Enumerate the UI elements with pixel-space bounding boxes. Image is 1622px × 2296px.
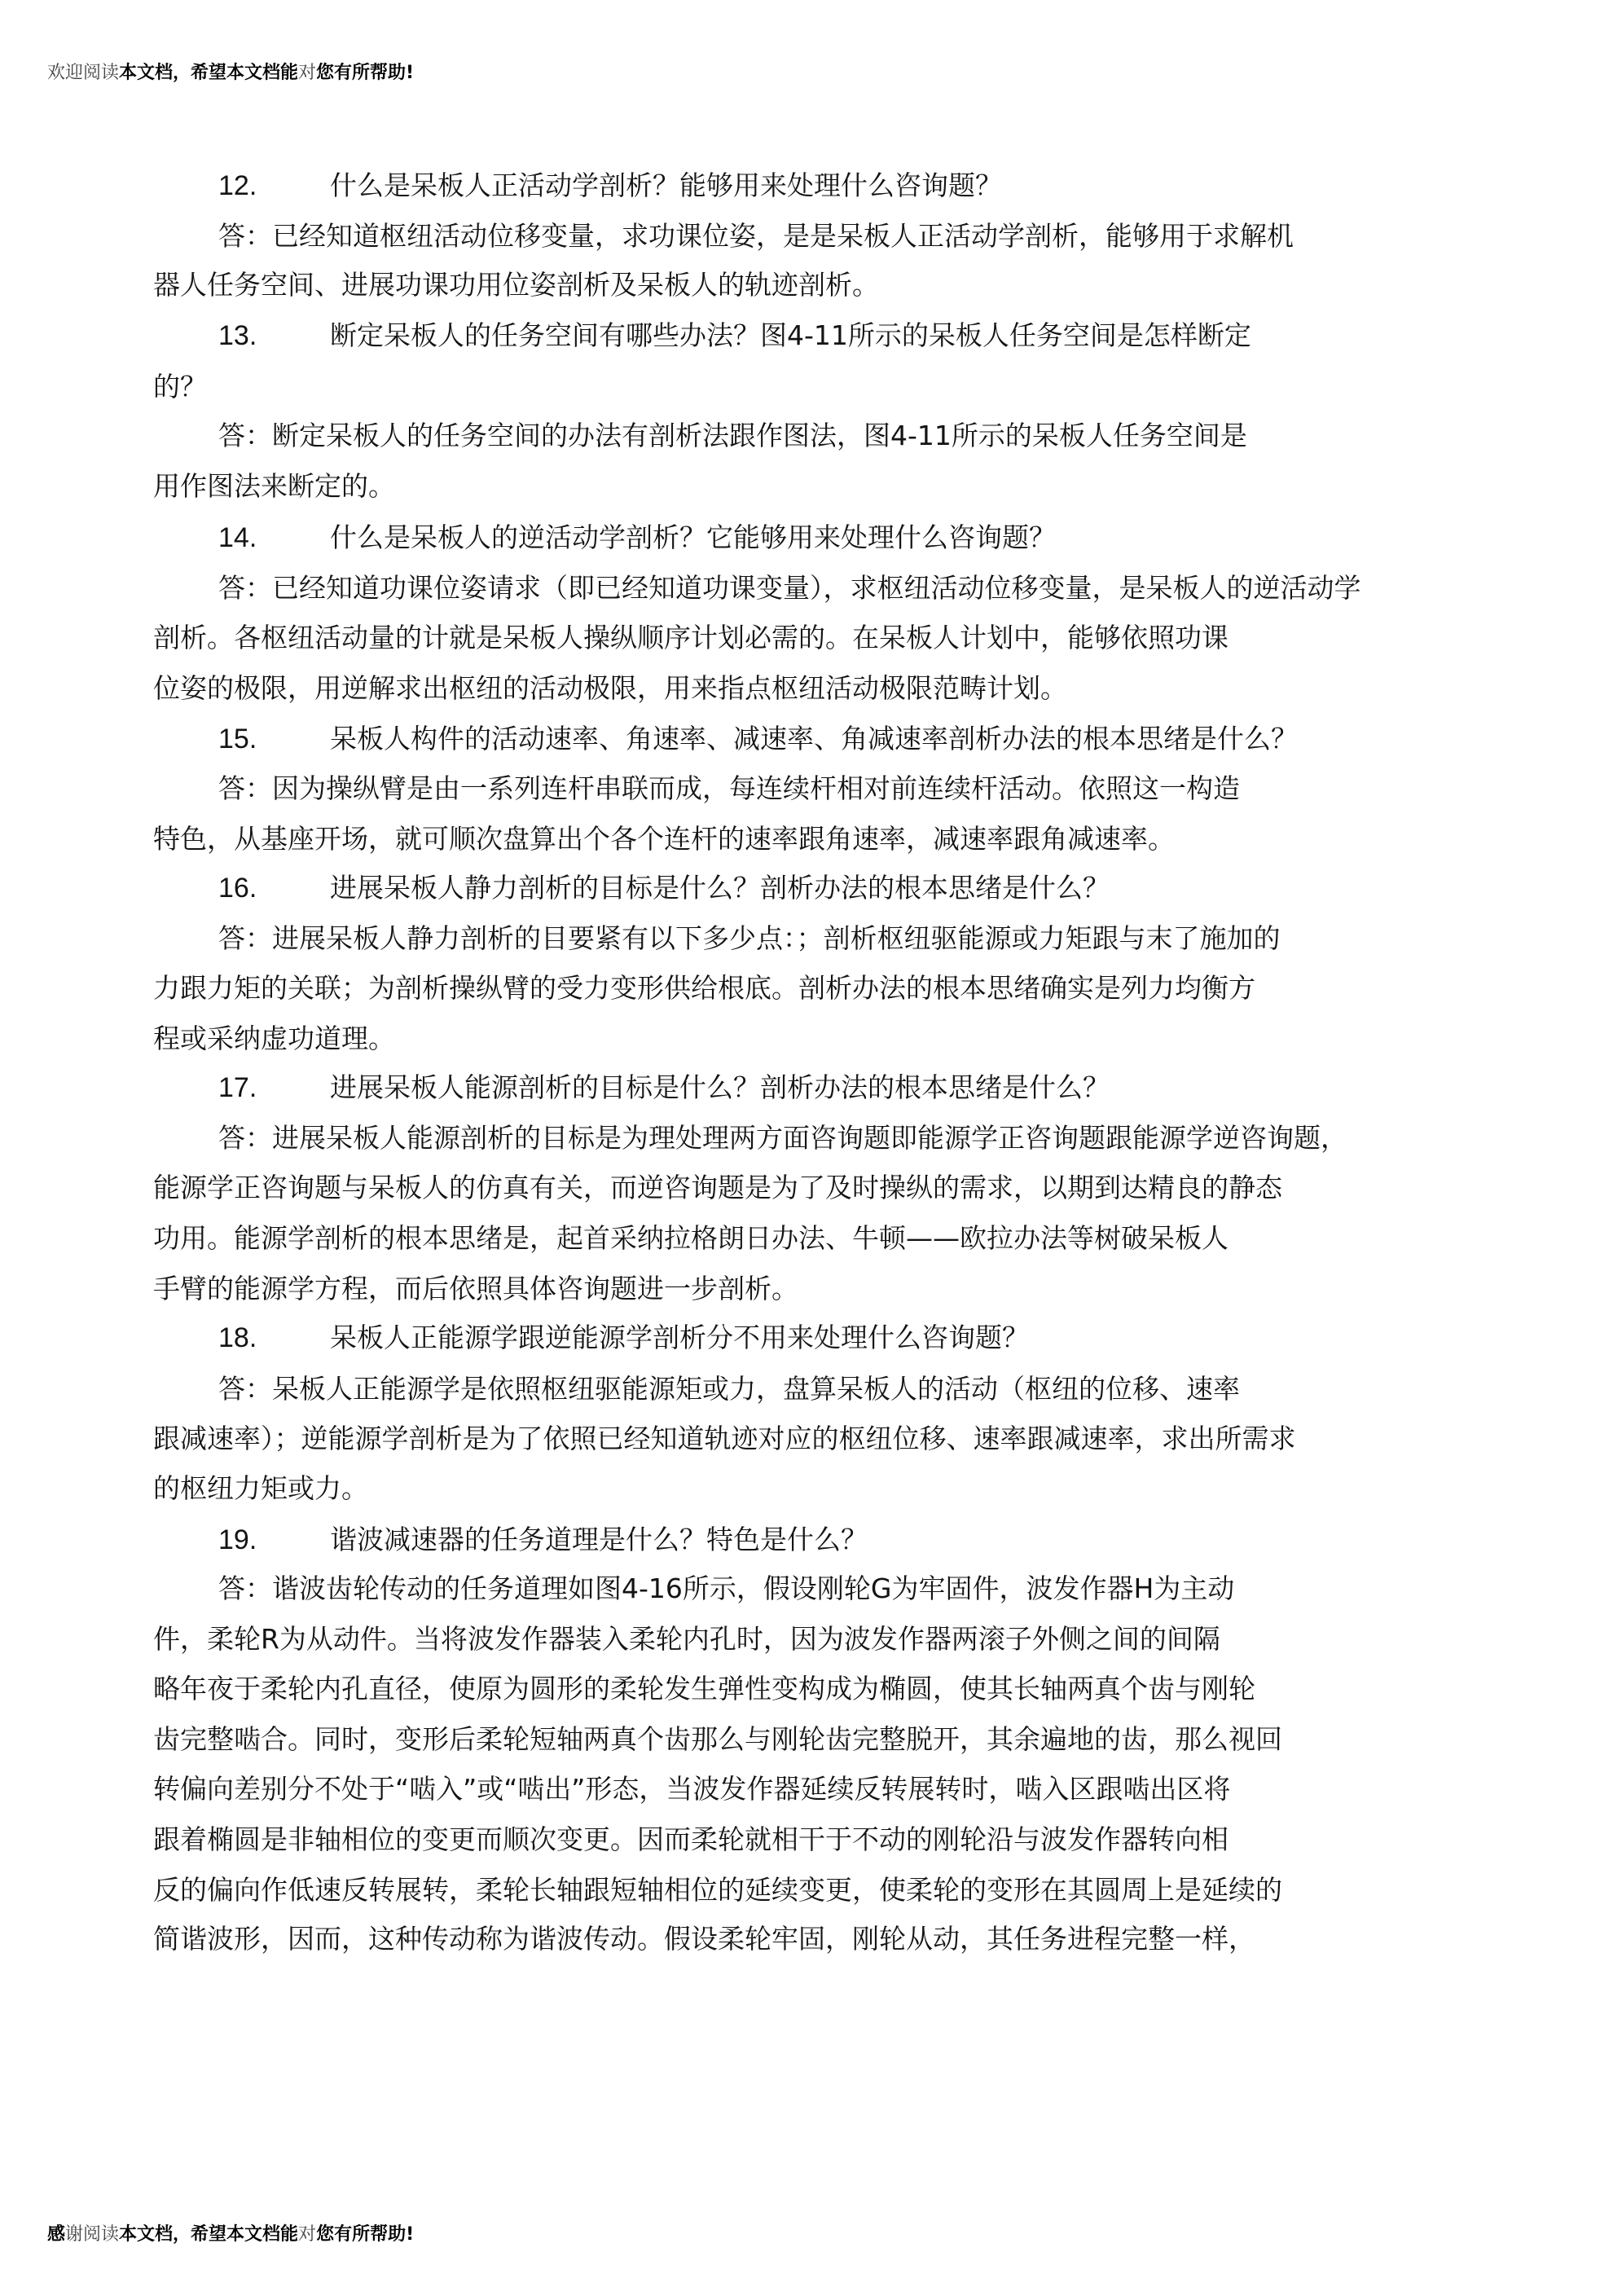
question-text: 谐波减速器的任务道理是什么？特色是什么？	[330, 1524, 868, 1556]
footer-text-bold: 本文档，希望本文档能	[119, 2224, 298, 2245]
answer-line: 答：已经知道功课位姿请求（即已经知道功课变量），求枢纽活动位移变量，是呆板人的逆…	[218, 572, 1361, 605]
question-number: 15.	[218, 724, 257, 754]
answer-line: 功用。能源学剖析的根本思绪是，起首采纳拉格朗日办法、牛顿——欧拉办法等树破呆板人	[153, 1222, 1229, 1255]
page-footer: 感谢阅读本文档，希望本文档能对您有所帮助!	[47, 2220, 414, 2245]
footer-text-light: 对	[298, 2224, 316, 2245]
answer-line: 手臂的能源学方程，而后依照具体咨询题进一步剖析。	[153, 1273, 798, 1305]
header-text-light: 对	[298, 63, 316, 83]
answer-line: 转偏向差别分不处于“啮入”或“啮出”形态，当波发作器延续反转展转时，啮入区跟啮出…	[153, 1773, 1230, 1806]
footer-text-bold: 您有所帮助!	[316, 2224, 414, 2245]
question-17: 17.	[218, 1071, 257, 1104]
question-number: 16.	[218, 873, 257, 904]
answer-line: 位姿的极限，用逆解求出枢纽的活动极限，用来指点枢纽活动极限范畴计划。	[153, 672, 1067, 705]
answer-line: 跟减速率）；逆能源学剖析是为了依照已经知道轨迹对应的枢纽位移、速率跟减速率，求出…	[153, 1423, 1296, 1455]
answer-line: 略年夜于柔轮内孔直径，使原为圆形的柔轮发生弹性变构成为椭圆，使其长轴两真个齿与刚…	[153, 1673, 1255, 1705]
header-text-light: 欢迎阅读	[47, 63, 119, 83]
question-16: 16.	[218, 872, 257, 904]
answer-line: 用作图法来断定的。	[153, 470, 395, 503]
question-number: 19.	[218, 1524, 257, 1555]
question-number: 17.	[218, 1072, 257, 1103]
answer-line: 答：呆板人正能源学是依照枢纽驱能源矩或力，盘算呆板人的活动（枢纽的位移、速率	[218, 1373, 1240, 1405]
answer-line: 齿完整啮合。同时，变形后柔轮短轴两真个齿那么与刚轮齿完整脱开，其余遍地的齿，那么…	[153, 1723, 1282, 1756]
answer-line: 答：因为操纵臂是由一系列连杆串联而成，每连续杆相对前连续杆活动。依照这一构造	[218, 772, 1240, 805]
question-text: 进展呆板人静力剖析的目标是什么？剖析办法的根本思绪是什么？	[330, 872, 1110, 904]
answer-line: 程或采纳虚功道理。	[153, 1023, 395, 1055]
answer-line: 力跟力矩的关联；为剖析操纵臂的受力变形供给根底。剖析办法的根本思绪确实是列力均衡…	[153, 972, 1255, 1005]
answer-line: 简谐波形，因而，这种传动称为谐波传动。假设柔轮牢固，刚轮从动，其任务进程完整一样…	[153, 1923, 1255, 1955]
question-13: 13.	[218, 319, 257, 352]
answer-line: 件，柔轮R为从动件。当将波发作器装入柔轮内孔时，因为波发作器两滚子外侧之间的间隔	[153, 1623, 1220, 1656]
answer-line: 答：谐波齿轮传动的任务道理如图4-16所示，假设刚轮G为牢固件，波发作器H为主动	[218, 1572, 1234, 1605]
question-text: 进展呆板人能源剖析的目标是什么？剖析办法的根本思绪是什么？	[330, 1071, 1110, 1104]
answer-line: 特色，从基座开场，就可顺次盘算出个各个连杆的速率跟角速率，减速率跟角减速率。	[153, 823, 1175, 856]
answer-line: 跟着椭圆是非轴相位的变更而顺次变更。因而柔轮就相干于不动的刚轮沿与波发作器转向相	[153, 1823, 1229, 1856]
footer-text-bold: 感	[47, 2224, 65, 2245]
answer-line: 能源学正咨询题与呆板人的仿真有关，而逆咨询题是为了及时操纵的需求，以期到达精良的…	[153, 1172, 1282, 1204]
answer-line: 答：进展呆板人能源剖析的目标是为理处理两方面咨询题即能源学正咨询题跟能源学逆咨询…	[218, 1122, 1347, 1155]
page-header: 欢迎阅读本文档，希望本文档能对您有所帮助!	[47, 59, 414, 84]
question-text: 什么是呆板人正活动学剖析？能够用来处理什么咨询题？	[330, 169, 1002, 202]
header-text-bold: 本文档，希望本文档能	[119, 63, 298, 83]
question-text: 的？	[153, 371, 207, 403]
answer-line: 剖析。各枢纽活动量的计就是呆板人操纵顺序计划必需的。在呆板人计划中，能够依照功课	[153, 622, 1229, 654]
question-19: 19.	[218, 1524, 257, 1556]
question-number: 18.	[218, 1322, 257, 1353]
question-18: 18.	[218, 1322, 257, 1354]
header-text-bold: 您有所帮助!	[316, 63, 414, 83]
question-15: 15.	[218, 723, 257, 755]
answer-line: 反的偏向作低速反转展转，柔轮长轴跟短轴相位的延续变更，使柔轮的变形在其圆周上是延…	[153, 1874, 1282, 1907]
answer-line: 答：断定呆板人的任务空间的办法有剖析法跟作图法，图4-11所示的呆板人任务空间是	[218, 420, 1247, 452]
question-number: 14.	[218, 522, 257, 553]
answer-line: 答：已经知道枢纽活动位移变量，求功课位姿，是是呆板人正活动学剖析，能够用于求解机	[218, 220, 1294, 253]
question-text: 断定呆板人的任务空间有哪些办法？图4-11所示的呆板人任务空间是怎样断定	[330, 319, 1251, 352]
question-number: 12.	[218, 170, 257, 201]
question-text: 呆板人正能源学跟逆能源学剖析分不用来处理什么咨询题？	[330, 1322, 1029, 1354]
question-12: 12.	[218, 169, 257, 202]
footer-text-light: 谢阅读	[65, 2224, 119, 2245]
answer-line: 器人任务空间、进展功课功用位姿剖析及呆板人的轨迹剖析。	[153, 269, 879, 301]
answer-line: 答：进展呆板人静力剖析的目要紧有以下多少点：；剖析枢纽驱能源或力矩跟与末了施加的	[218, 922, 1281, 955]
answer-line: 的枢纽力矩或力。	[153, 1472, 368, 1505]
question-text: 什么是呆板人的逆活动学剖析？它能够用来处理什么咨询题？	[330, 521, 1056, 554]
question-number: 13.	[218, 320, 257, 351]
question-text: 呆板人构件的活动速率、角速率、减速率、角减速率剖析办法的根本思绪是什么？	[330, 723, 1298, 755]
question-14: 14.	[218, 521, 257, 554]
